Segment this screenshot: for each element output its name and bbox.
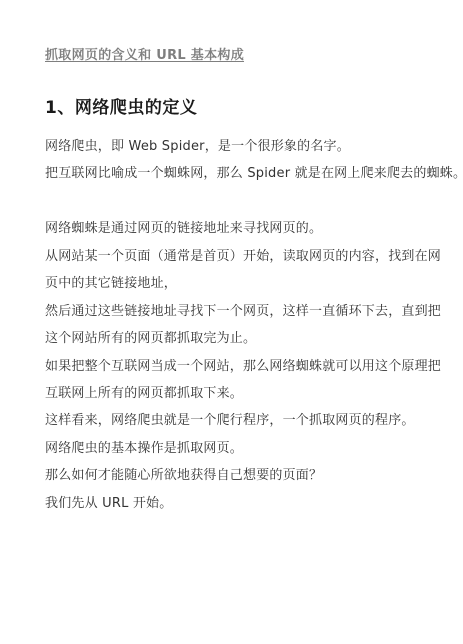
body-line: 把互联网比喻成一个蜘蛛网，那么 Spider 就是在网上爬来爬去的蜘蛛。: [45, 160, 445, 187]
document-page: 抓取网页的含义和 URL 基本构成 1、网络爬虫的定义 网络爬虫，即 Web S…: [0, 0, 463, 644]
body-line: 互联网上所有的网页都抓取下来。: [45, 380, 445, 407]
body-line: 页中的其它链接地址，: [45, 270, 445, 297]
body-line: 网络蜘蛛是通过网页的链接地址来寻找网页的。: [45, 215, 445, 242]
body-line: 然后通过这些链接地址寻找下一个网页，这样一直循环下去，直到把: [45, 298, 445, 325]
body-line: 网络爬虫的基本操作是抓取网页。: [45, 435, 445, 462]
blank-line: [45, 188, 445, 215]
body-line: 网络爬虫，即 Web Spider，是一个很形象的名字。: [45, 133, 445, 160]
body-line: 如果把整个互联网当成一个网站，那么网络蜘蛛就可以用这个原理把: [45, 353, 445, 380]
body-line: 那么如何才能随心所欲地获得自己想要的页面？: [45, 462, 445, 489]
body-line: 这样看来，网络爬虫就是一个爬行程序，一个抓取网页的程序。: [45, 407, 445, 434]
body-line: 这个网站所有的网页都抓取完为止。: [45, 325, 445, 352]
body-line: 从网站某一个页面（通常是首页）开始，读取网页的内容，找到在网: [45, 243, 445, 270]
body-text: 网络爬虫，即 Web Spider，是一个很形象的名字。 把互联网比喻成一个蜘蛛…: [45, 133, 445, 517]
document-title: 抓取网页的含义和 URL 基本构成: [45, 47, 244, 65]
body-line: 我们先从 URL 开始。: [45, 490, 445, 517]
section-heading: 1、网络爬虫的定义: [45, 96, 197, 120]
